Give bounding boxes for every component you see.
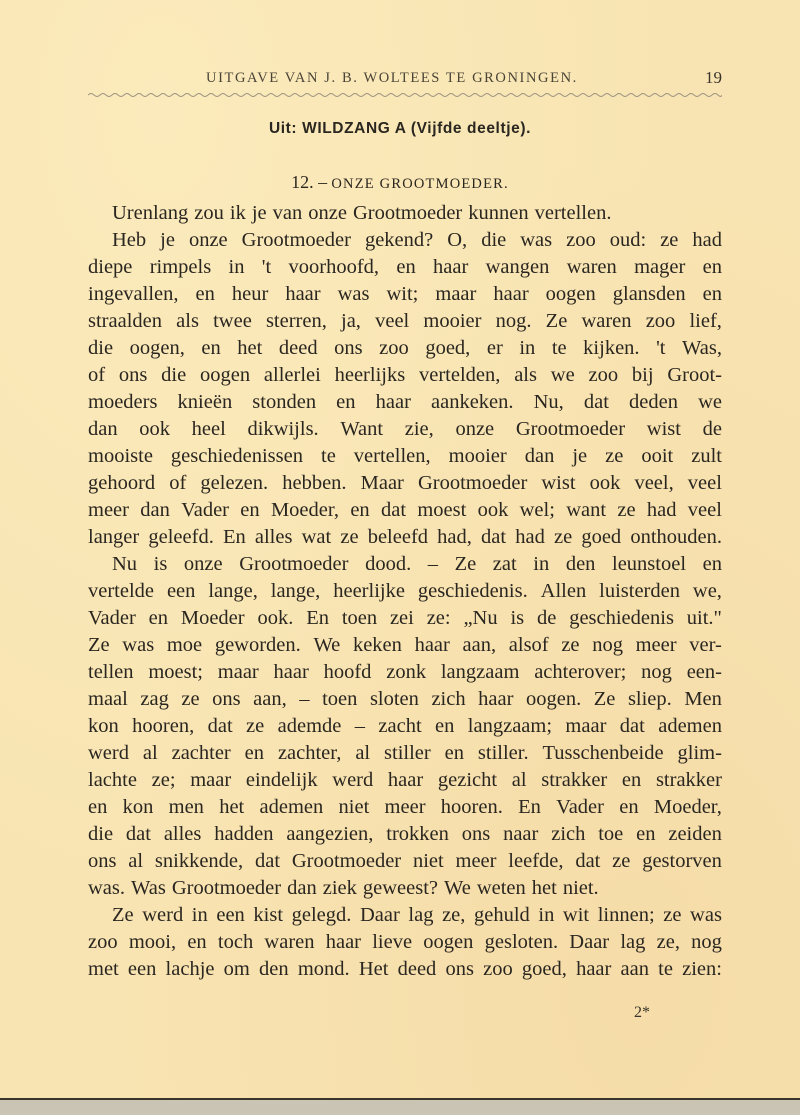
- text-line: diedatalleshaddenaangezien,trokkenonsnaa…: [88, 821, 722, 848]
- word: hooren.: [441, 794, 503, 821]
- word: snikkende,: [155, 848, 243, 875]
- word: had: [647, 497, 677, 524]
- word: en: [240, 497, 259, 524]
- word: onze: [308, 200, 347, 227]
- word: dat: [208, 713, 233, 740]
- word: oogen: [200, 362, 250, 389]
- word: maar: [435, 281, 476, 308]
- word: werd: [88, 740, 129, 767]
- word: al: [143, 740, 158, 767]
- word: linnen;: [598, 902, 655, 929]
- word: is: [154, 551, 168, 578]
- word: alsof: [509, 632, 549, 659]
- word: moest: [417, 497, 466, 524]
- word: moest;: [148, 659, 203, 686]
- word: den: [566, 551, 596, 578]
- word: wist: [541, 470, 575, 497]
- word: was: [520, 227, 552, 254]
- word: maar: [565, 713, 606, 740]
- word: zich: [551, 821, 585, 848]
- word: en: [201, 335, 220, 362]
- word: haar: [415, 632, 450, 659]
- word: te: [552, 335, 567, 362]
- word: zie,: [405, 416, 434, 443]
- word: goed: [581, 524, 621, 551]
- word: Urenlang: [112, 200, 188, 227]
- word: was: [122, 632, 154, 659]
- body-text: UrenlangzouikjevanonzeGrootmoederkunnenv…: [88, 200, 722, 983]
- word: Men: [684, 686, 722, 713]
- word: O,: [447, 227, 467, 254]
- word: en: [622, 767, 641, 794]
- word: dat: [481, 524, 506, 551]
- word: ik: [230, 200, 246, 227]
- word: strakker: [541, 767, 607, 794]
- word: en: [703, 551, 722, 578]
- word: ja,: [341, 308, 361, 335]
- word: had: [692, 227, 722, 254]
- word: Daar: [360, 902, 400, 929]
- word: onze: [184, 551, 223, 578]
- word: als: [176, 308, 199, 335]
- word: –: [428, 551, 438, 578]
- text-line: moedersknieënstondenenhaaraankeken.Nu,da…: [88, 389, 722, 416]
- word: en: [187, 929, 206, 956]
- text-line: dieperimpelsin'tvoorhoofd,enhaarwangenwa…: [88, 254, 722, 281]
- word: en: [703, 281, 722, 308]
- word: dan: [525, 443, 555, 470]
- word: en: [336, 389, 355, 416]
- word: haar: [433, 254, 468, 281]
- word: maar: [190, 767, 231, 794]
- text-line: ofonsdieoogenallerleiheerlijksvertelden,…: [88, 362, 722, 389]
- word: gehoord: [88, 470, 155, 497]
- word: wangen: [486, 254, 550, 281]
- word: leefde,: [508, 848, 563, 875]
- word: Heb: [112, 227, 146, 254]
- word: was: [690, 902, 722, 929]
- word: alles: [164, 821, 202, 848]
- word: Ze: [594, 686, 616, 713]
- word: het: [532, 875, 557, 902]
- word: dikwijls.: [247, 416, 318, 443]
- word: waren: [264, 929, 314, 956]
- word: er: [487, 335, 503, 362]
- word: dood.: [365, 551, 411, 578]
- word: „Nu: [463, 605, 497, 632]
- word: ze: [663, 902, 681, 929]
- word: te: [658, 956, 673, 983]
- word: gestorven: [642, 848, 722, 875]
- text-line: Zewerdineenkistgelegd.Daarlagze,gehuldin…: [88, 902, 722, 929]
- word: Vader: [556, 794, 604, 821]
- word: ook: [478, 497, 509, 524]
- text-line: langergeleefd.Enalleswatzebeleefdhad,dat…: [88, 524, 722, 551]
- word: kist: [253, 902, 283, 929]
- word: zien:: [682, 956, 722, 983]
- word: leunstoel: [612, 551, 686, 578]
- word: aankeken.: [431, 389, 514, 416]
- word: en: [350, 497, 369, 524]
- word: ze: [612, 848, 630, 875]
- word: sterren,: [266, 308, 327, 335]
- book-page: UITGAVE VAN J. B. WOLTEES TE GRONINGEN. …: [0, 0, 800, 1098]
- word: gehuld: [474, 902, 530, 929]
- word: onze: [455, 416, 494, 443]
- word: ons: [334, 335, 362, 362]
- running-head: UITGAVE VAN J. B. WOLTEES TE GRONINGEN. …: [88, 68, 722, 92]
- word: ver-: [689, 632, 722, 659]
- word: nog: [691, 929, 722, 956]
- word: zich: [431, 686, 465, 713]
- word: Moeder,: [271, 497, 339, 524]
- text-line: VaderenMoederook.Entoenzeize:„Nuisdegesc…: [88, 605, 722, 632]
- word: hebben.: [282, 470, 346, 497]
- word: vertellen.: [535, 200, 612, 227]
- word: dat: [126, 821, 151, 848]
- word: Grootmoeder: [292, 848, 401, 875]
- word: Grootmoeder: [172, 875, 281, 902]
- word: gelegd.: [292, 902, 352, 929]
- word: kon: [88, 713, 119, 740]
- word: veel: [375, 308, 409, 335]
- word: mooier: [423, 308, 481, 335]
- word: heur: [232, 281, 268, 308]
- word: tellen: [88, 659, 134, 686]
- word: ook: [590, 470, 621, 497]
- word: En: [223, 524, 246, 551]
- word: ademen: [658, 713, 722, 740]
- word: niet: [413, 848, 444, 875]
- word: we: [551, 362, 575, 389]
- word: Nu,: [534, 389, 564, 416]
- word: Vader: [88, 605, 136, 632]
- word: Moeder: [181, 605, 245, 632]
- word: twee: [213, 308, 252, 335]
- word: –: [299, 686, 309, 713]
- word: oogen: [546, 281, 596, 308]
- word: werd: [142, 902, 183, 929]
- word: te: [321, 443, 336, 470]
- word: in: [519, 335, 535, 362]
- word: oogen: [423, 929, 473, 956]
- page-number: 19: [705, 68, 722, 88]
- word: mooier: [449, 443, 507, 470]
- word: ooit: [641, 443, 673, 470]
- text-line: meerdanVaderenMoeder,endatmoestookwel;wa…: [88, 497, 722, 524]
- word: als: [514, 362, 537, 389]
- word: sloten: [370, 686, 419, 713]
- word: deed: [398, 956, 437, 983]
- word: de: [703, 416, 722, 443]
- word: Ze: [546, 308, 568, 335]
- word: die: [161, 362, 186, 389]
- word: ze;: [152, 767, 176, 794]
- word: Was,: [682, 335, 722, 362]
- word: luisterden: [599, 578, 680, 605]
- scan-bottom-edge: [0, 1098, 800, 1115]
- word: ze: [181, 686, 199, 713]
- word: haar: [493, 281, 528, 308]
- word: zag: [140, 686, 168, 713]
- word: en: [619, 794, 638, 821]
- word: van: [273, 200, 303, 227]
- word: je: [160, 227, 175, 254]
- word: ze,: [657, 929, 680, 956]
- text-line: werdalzachterenzachter,alstillerenstille…: [88, 740, 722, 767]
- word: en: [445, 740, 464, 767]
- word: zou: [194, 200, 224, 227]
- word: weten: [477, 875, 526, 902]
- word: ze,: [442, 902, 465, 929]
- word: We: [313, 632, 340, 659]
- word: Grootmoeder: [418, 470, 527, 497]
- word: keken: [353, 632, 402, 659]
- word: heerlijks: [335, 362, 406, 389]
- word: nog.: [496, 308, 532, 335]
- word: ook: [139, 416, 170, 443]
- word: allerlei: [264, 362, 321, 389]
- word: had,: [437, 524, 472, 551]
- word: zachter,: [278, 740, 341, 767]
- word: gesloten.: [485, 929, 558, 956]
- word: goed,: [425, 335, 470, 362]
- text-line: onsalsnikkende,datGrootmoedernietmeerlee…: [88, 848, 722, 875]
- word: toen: [322, 686, 357, 713]
- text-line: maalzagzeonsaan,–toenslotenzichhaaroogen…: [88, 686, 722, 713]
- word: ons: [445, 956, 473, 983]
- word: veel: [688, 470, 722, 497]
- word: vertelde: [88, 578, 154, 605]
- word: ziek: [323, 875, 357, 902]
- text-line: meteenlachjeomdenmond.Hetdeedonszoogoed,…: [88, 956, 722, 983]
- word: alles: [255, 524, 293, 551]
- text-line: verteldeeenlange,lange,heerlijkegeschied…: [88, 578, 722, 605]
- word: en: [636, 821, 655, 848]
- text-line: Zewasmoegeworden.Wekekenhaaraan,alsofzen…: [88, 632, 722, 659]
- word: toen: [342, 605, 377, 632]
- word: al: [355, 740, 370, 767]
- word: zacht: [378, 713, 421, 740]
- word: die: [88, 335, 113, 362]
- word: lieve: [372, 929, 412, 956]
- word: ademen: [260, 794, 324, 821]
- word: haar: [478, 686, 513, 713]
- word: langzaam: [441, 659, 520, 686]
- word: knieën: [178, 389, 233, 416]
- text-line: konhooren,datzeademde–zachtenlangzaam;ma…: [88, 713, 722, 740]
- word: diepe: [88, 254, 132, 281]
- word: deden: [629, 389, 678, 416]
- word: trokken: [386, 821, 449, 848]
- word: stonden: [252, 389, 316, 416]
- word: een: [167, 578, 195, 605]
- word: ze: [554, 524, 572, 551]
- word: dat: [620, 713, 645, 740]
- word: oud:: [610, 227, 646, 254]
- word: en: [196, 281, 215, 308]
- word: ze: [617, 497, 635, 524]
- word: was.: [88, 875, 125, 902]
- word: geweest?: [363, 875, 438, 902]
- word: Nu: [112, 551, 137, 578]
- word: En: [306, 605, 329, 632]
- word: Allen: [541, 578, 587, 605]
- word: Want: [340, 416, 383, 443]
- word: eindelijk: [246, 767, 318, 794]
- word: zoo: [88, 929, 118, 956]
- word: voorhoofd,: [289, 254, 380, 281]
- word: lag: [408, 902, 433, 929]
- word: haar: [274, 659, 309, 686]
- word: mooi,: [129, 929, 176, 956]
- word: stiller.: [478, 740, 529, 767]
- word: dat: [255, 848, 280, 875]
- word: had: [515, 524, 545, 551]
- word: strakker: [656, 767, 722, 794]
- word: nog: [592, 632, 623, 659]
- word: want: [566, 497, 606, 524]
- word: gezicht: [438, 767, 497, 794]
- word: en: [245, 740, 264, 767]
- word: men: [169, 794, 204, 821]
- text-line: lachteze;maareindelijkwerdhaargezichtals…: [88, 767, 722, 794]
- word: haar: [376, 389, 411, 416]
- text-line: zoomooi,entochwarenhaarlieveoogengeslote…: [88, 929, 722, 956]
- word: lange,: [271, 578, 321, 605]
- word: zei: [390, 605, 414, 632]
- word: Het: [359, 956, 389, 983]
- word: haar: [326, 929, 361, 956]
- text-line: gehoordofgelezen.hebben.MaarGrootmoederw…: [88, 470, 722, 497]
- word: ingevallen,: [88, 281, 179, 308]
- word: je: [252, 200, 267, 227]
- word: een: [216, 902, 244, 929]
- word: toe: [598, 821, 623, 848]
- word: die: [88, 821, 113, 848]
- word: zachter: [172, 740, 231, 767]
- word: bij: [632, 362, 654, 389]
- word: geschiedenissen: [171, 443, 303, 470]
- word: haar: [576, 956, 611, 983]
- word: Grootmoeder: [353, 200, 462, 227]
- word: zat: [493, 551, 517, 578]
- word: moeders: [88, 389, 157, 416]
- word: wit;: [386, 281, 418, 308]
- word: deed: [279, 335, 318, 362]
- word: dat: [575, 848, 600, 875]
- word: dat: [584, 389, 609, 416]
- word: ons: [212, 686, 240, 713]
- word: Daar: [569, 929, 609, 956]
- word: je: [572, 443, 587, 470]
- word: aangezien,: [286, 821, 373, 848]
- word: achterover;: [534, 659, 626, 686]
- word: haar: [388, 767, 423, 794]
- word: was: [338, 281, 370, 308]
- word: aan,: [463, 632, 497, 659]
- word: we,: [693, 578, 722, 605]
- word: uit.": [687, 605, 722, 632]
- word: lief,: [689, 308, 721, 335]
- text-line: ingevallen,enheurhaarwaswit;maarhaarooge…: [88, 281, 722, 308]
- word: lachje: [166, 956, 215, 983]
- word: moe: [167, 632, 202, 659]
- word: Groot-: [667, 362, 722, 389]
- word: 't: [262, 254, 271, 281]
- word: dan: [287, 875, 317, 902]
- word: in: [533, 551, 549, 578]
- word: zonk: [386, 659, 426, 686]
- word: al: [128, 848, 143, 875]
- word: ons: [88, 848, 116, 875]
- word: Ze: [112, 902, 134, 929]
- word: ze: [660, 227, 678, 254]
- word: zult: [691, 443, 722, 470]
- word: ook.: [257, 605, 293, 632]
- chapter-heading: 12. – ONZE GROOTMOEDER.: [0, 172, 800, 193]
- word: Vader: [181, 497, 229, 524]
- word: waren: [567, 254, 617, 281]
- source-heading: Uit: WILDZANG A (Vijfde deeltje).: [0, 120, 800, 138]
- word: We: [444, 875, 471, 902]
- word: kijken.: [583, 335, 639, 362]
- word: hooren,: [132, 713, 194, 740]
- text-line: UrenlangzouikjevanonzeGrootmoederkunnenv…: [88, 200, 722, 227]
- word: lange,: [208, 578, 258, 605]
- word: niet: [339, 794, 370, 821]
- word: nog: [641, 659, 672, 686]
- word: gekend?: [365, 227, 433, 254]
- word: en: [703, 254, 722, 281]
- word: werd: [332, 767, 373, 794]
- word: Grootmoeder: [239, 551, 348, 578]
- word: dan: [88, 416, 118, 443]
- word: met: [88, 956, 119, 983]
- text-line: mooistegeschiedenissentevertellen,mooier…: [88, 443, 722, 470]
- word: heerlijke: [333, 578, 405, 605]
- word: een-: [687, 659, 722, 686]
- word: mager: [634, 254, 685, 281]
- word: maar: [218, 659, 259, 686]
- word: veel,: [634, 470, 673, 497]
- word: 't: [656, 335, 665, 362]
- word: gelezen.: [200, 470, 268, 497]
- word: mooiste: [88, 443, 153, 470]
- word: vertellen,: [354, 443, 431, 470]
- word: ze: [561, 632, 579, 659]
- text-line: was.WasGrootmoederdanziekgeweest?Weweten…: [88, 875, 722, 902]
- word: meer: [88, 497, 129, 524]
- word: geleefd.: [148, 524, 213, 551]
- word: glansden: [613, 281, 686, 308]
- word: mond.: [298, 956, 350, 983]
- word: Grootmoeder: [516, 416, 625, 443]
- word: we: [698, 389, 722, 416]
- word: aan,: [253, 686, 287, 713]
- word: of: [169, 470, 186, 497]
- word: ze: [605, 443, 623, 470]
- word: oogen.: [526, 686, 581, 713]
- word: al: [512, 767, 527, 794]
- text-line: straaldenalstweesterren,ja,veelmooiernog…: [88, 308, 722, 335]
- word: ons: [462, 821, 490, 848]
- word: kon: [123, 794, 154, 821]
- word: onthouden.: [630, 524, 722, 551]
- word: kunnen: [468, 200, 528, 227]
- word: naar: [503, 821, 538, 848]
- word: Maar: [361, 470, 404, 497]
